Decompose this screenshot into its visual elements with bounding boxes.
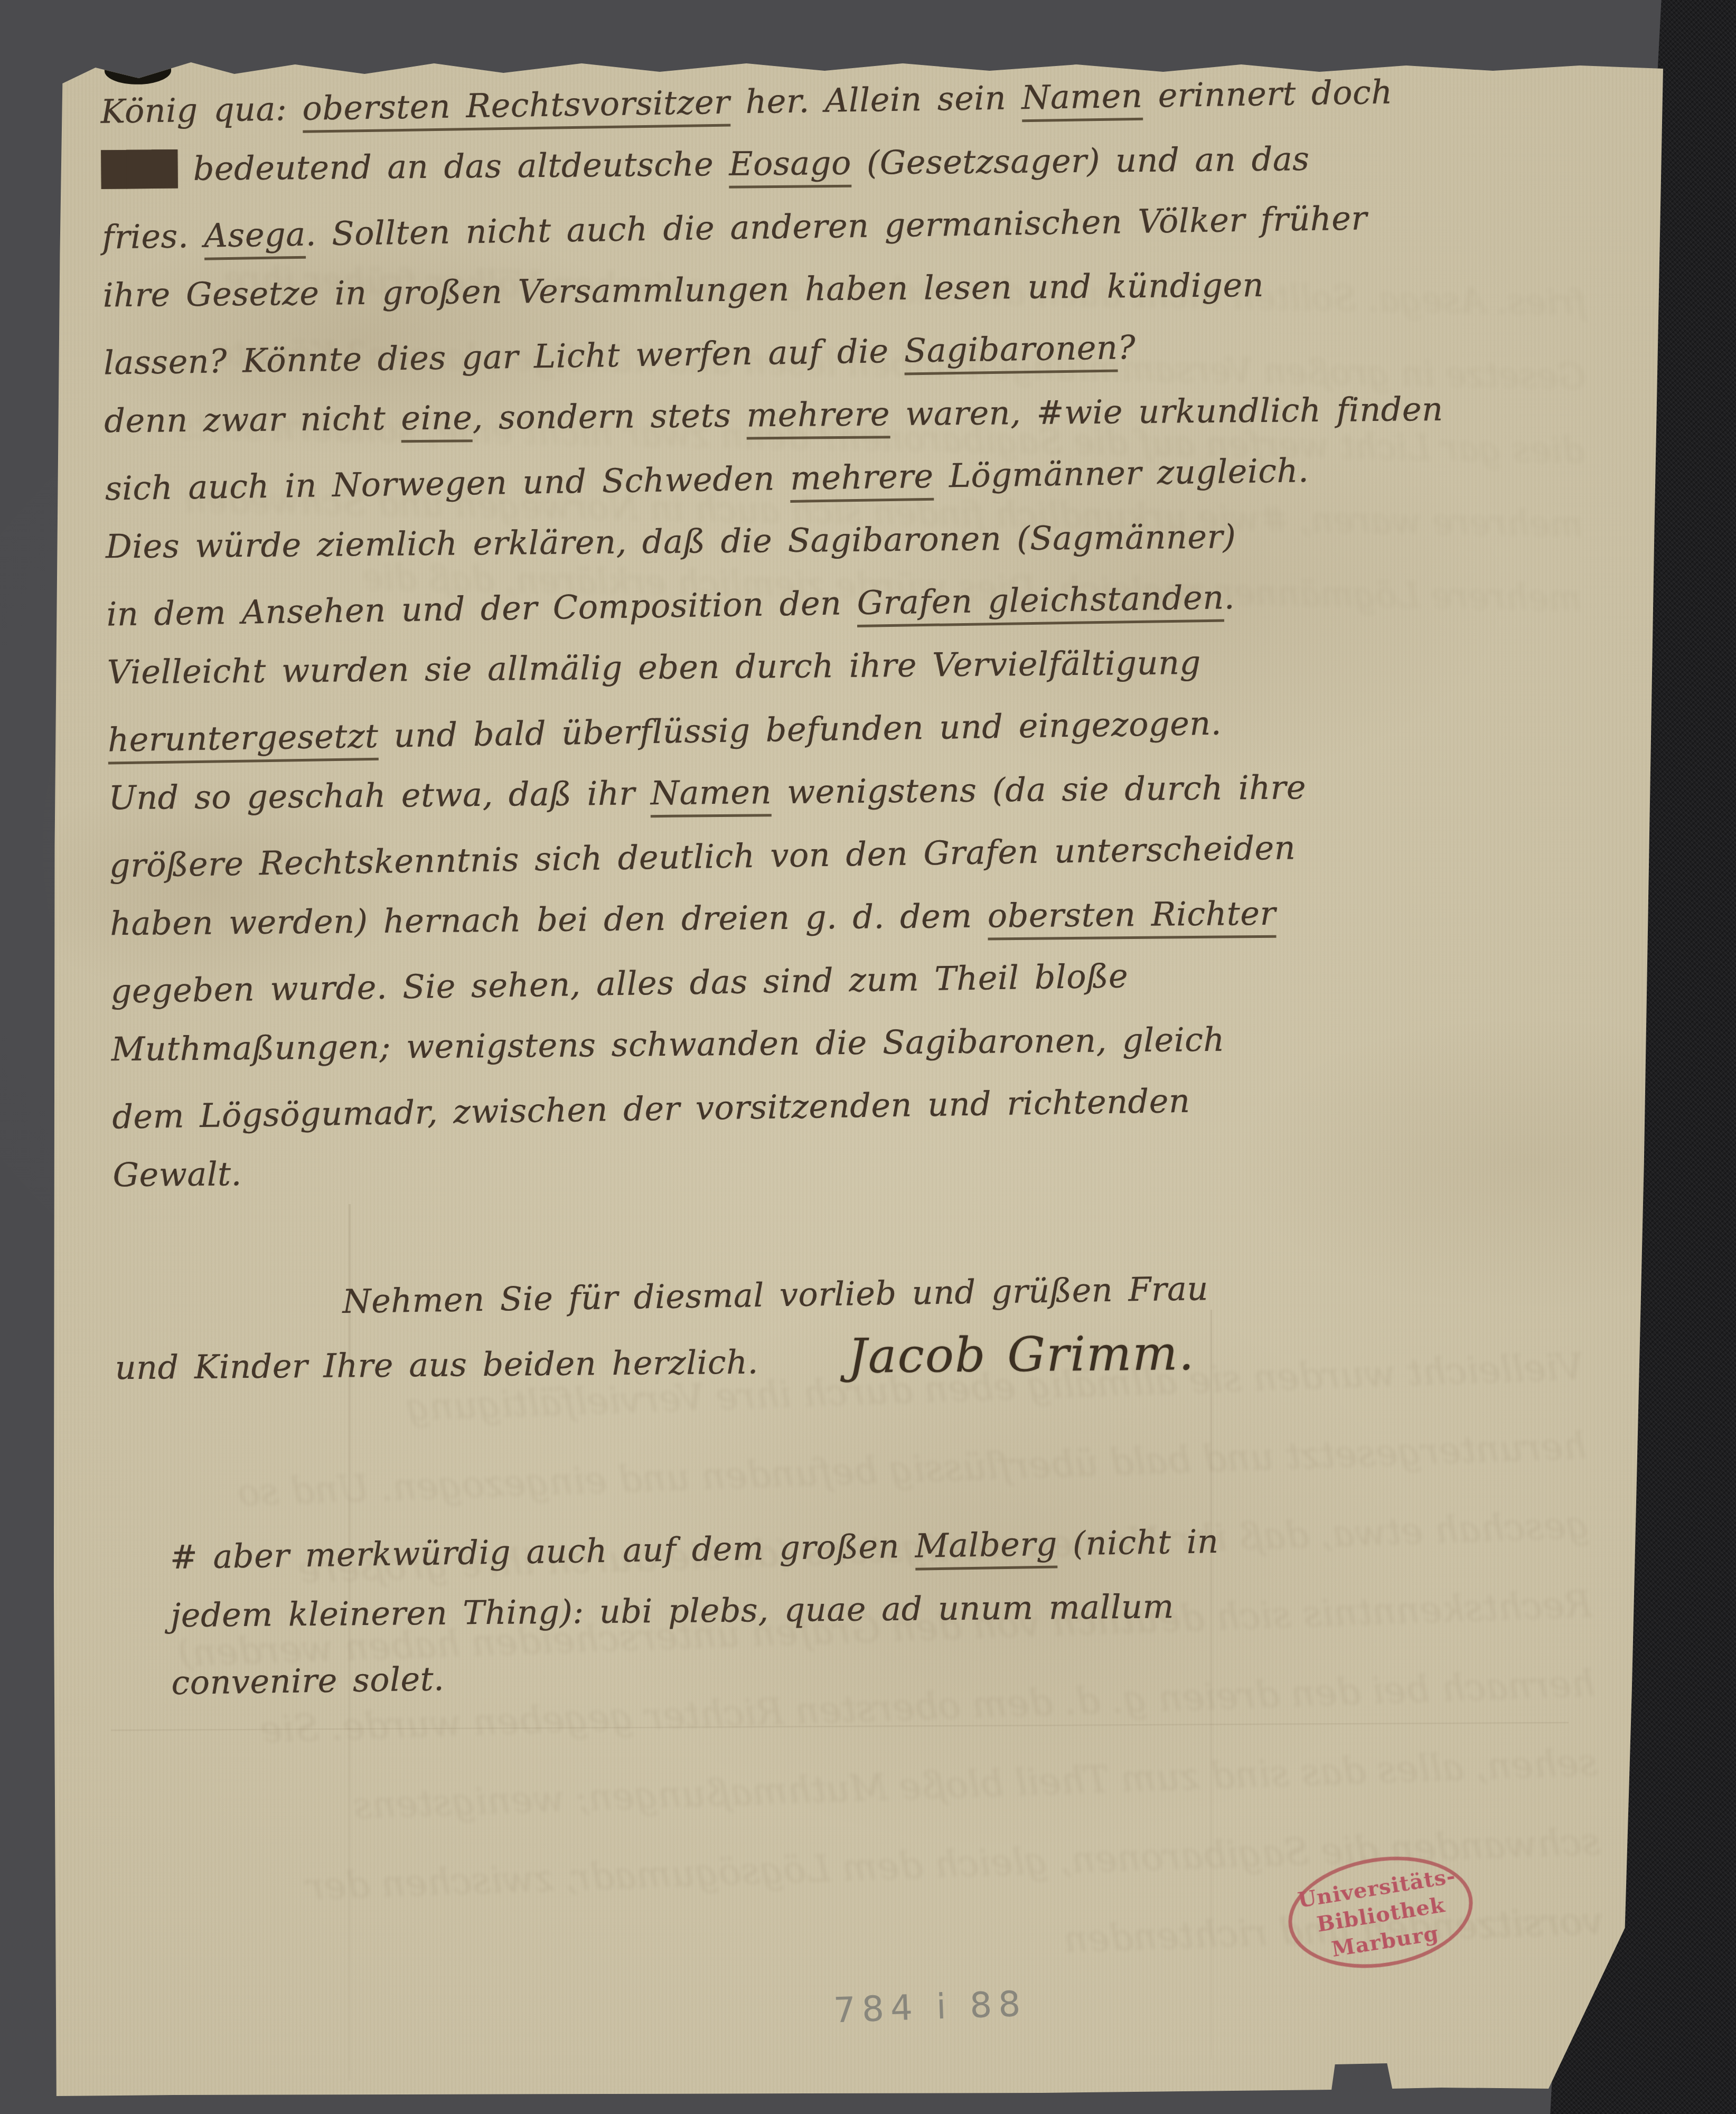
letter-body: König qua: obersten Rechtsvorsitzer her.… bbox=[100, 60, 1663, 1208]
manuscript-line: Gewalt. bbox=[112, 1130, 1663, 1206]
scan-backdrop: Vielleicht wurden sie allmälig eben durc… bbox=[0, 0, 1736, 2114]
manuscript-line: und Kinder Ihre aus beiden herzlich.Jaco… bbox=[115, 1318, 1665, 1399]
manuscript-page: Vielleicht wurden sie allmälig eben durc… bbox=[0, 0, 1736, 2114]
letter-postscript: # aber merkwürdig auch auf dem großen Ma… bbox=[117, 1506, 1669, 1712]
signature-jacob-grimm: Jacob Grimm. bbox=[848, 1326, 1195, 1384]
letter-text: König qua: obersten Rechtsvorsitzer her.… bbox=[100, 60, 1669, 1712]
letter-closing: Nehmen Sie für diesmal vorlieb und grüße… bbox=[114, 1253, 1666, 1401]
shelfmark-number: 784 i 88 bbox=[833, 1984, 1028, 2031]
ink-blot-top-edge bbox=[207, 49, 256, 72]
